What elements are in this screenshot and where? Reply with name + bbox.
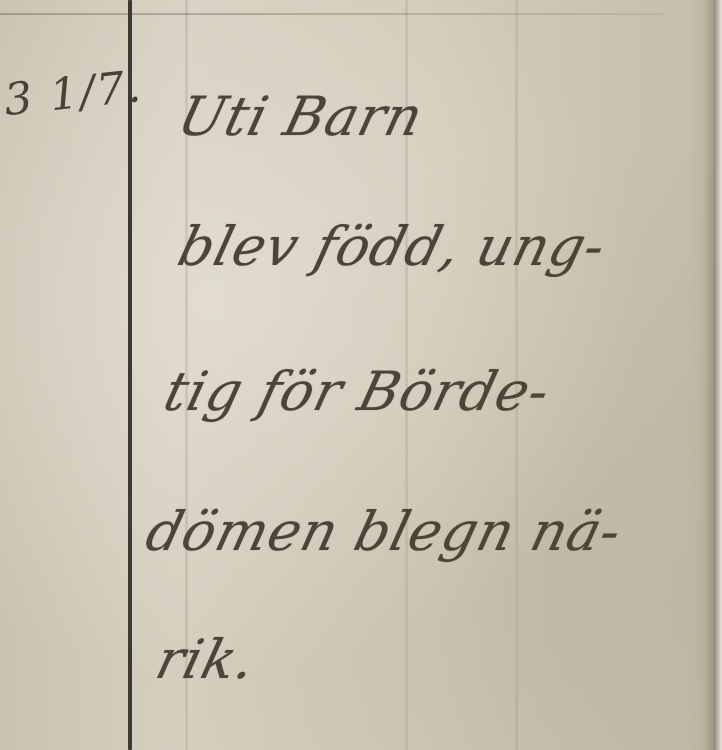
page-edge-shadow [704,0,714,750]
margin-entry: 3 1/7. [2,61,145,126]
top-ruled-line [0,13,665,15]
handwritten-line-2: blev född, ung- [172,215,613,278]
handwritten-line-5: rik. [150,628,263,691]
page-edge [714,0,722,750]
handwritten-line-3: tig för Börde- [158,360,557,423]
handwritten-line-1: Uti Barn [172,85,430,148]
handwritten-line-4: dömen blegn nä- [140,500,628,563]
manuscript-page: 3 1/7. Uti Barn blev född, ung- tig för … [0,0,722,750]
